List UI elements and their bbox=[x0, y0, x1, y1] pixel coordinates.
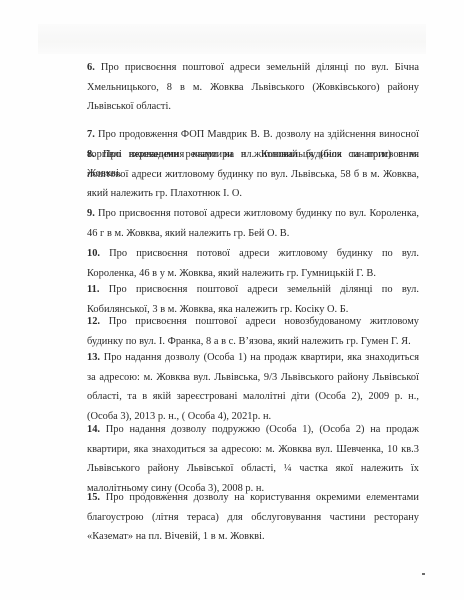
item-text: Про присвоєння потової адреси житловому … bbox=[87, 208, 419, 239]
item-text: Про надання дозволу (Особа 1) на продаж … bbox=[87, 352, 419, 422]
item-text: Про присвоєння поштової адреси земельній… bbox=[87, 62, 419, 112]
agenda-item-9: 9. Про присвоєння потової адреси житлово… bbox=[87, 204, 419, 243]
item-number: 15. bbox=[87, 492, 100, 503]
item-number: 10. bbox=[87, 248, 100, 259]
agenda-item-13: 13. Про надання дозволу (Особа 1) на про… bbox=[87, 348, 419, 426]
item-text: Про переведення квартири в житловий буди… bbox=[87, 149, 419, 199]
agenda-item-12: 12. Про присвоєння поштової адреси новоз… bbox=[87, 312, 419, 351]
item-number: 9. bbox=[87, 208, 95, 219]
scan-speck bbox=[422, 573, 425, 575]
item-text: Про присвоєння потової адреси житловому … bbox=[87, 248, 419, 279]
item-number: 8. bbox=[87, 149, 95, 160]
item-number: 11. bbox=[87, 284, 99, 295]
item-number: 14. bbox=[87, 424, 100, 435]
item-number: 6. bbox=[87, 62, 95, 73]
agenda-item-6: 6. Про присвоєння поштової адреси земель… bbox=[87, 58, 419, 117]
item-number: 7. bbox=[87, 129, 95, 140]
scanned-document-page: 6. Про присвоєння поштової адреси земель… bbox=[0, 0, 464, 600]
item-text: Про присвоєння поштової адреси земельній… bbox=[87, 284, 419, 315]
item-number: 12. bbox=[87, 316, 100, 327]
agenda-item-15: 15. Про продовження дозволу на користува… bbox=[87, 488, 419, 547]
item-text: Про продовження дозволу на користування … bbox=[87, 492, 419, 542]
scan-artifact-band bbox=[38, 24, 426, 54]
agenda-item-14: 14. Про надання дозволу подружжю (Особа … bbox=[87, 420, 419, 498]
agenda-item-10: 10. Про присвоєння потової адреси житлов… bbox=[87, 244, 419, 283]
item-text: Про надання дозволу подружжю (Особа 1), … bbox=[87, 424, 419, 494]
agenda-item-8: 8. Про переведення квартири в житловий б… bbox=[87, 145, 419, 204]
item-text: Про присвоєння поштової адреси новозбудо… bbox=[87, 316, 419, 347]
item-number: 13. bbox=[87, 352, 100, 363]
